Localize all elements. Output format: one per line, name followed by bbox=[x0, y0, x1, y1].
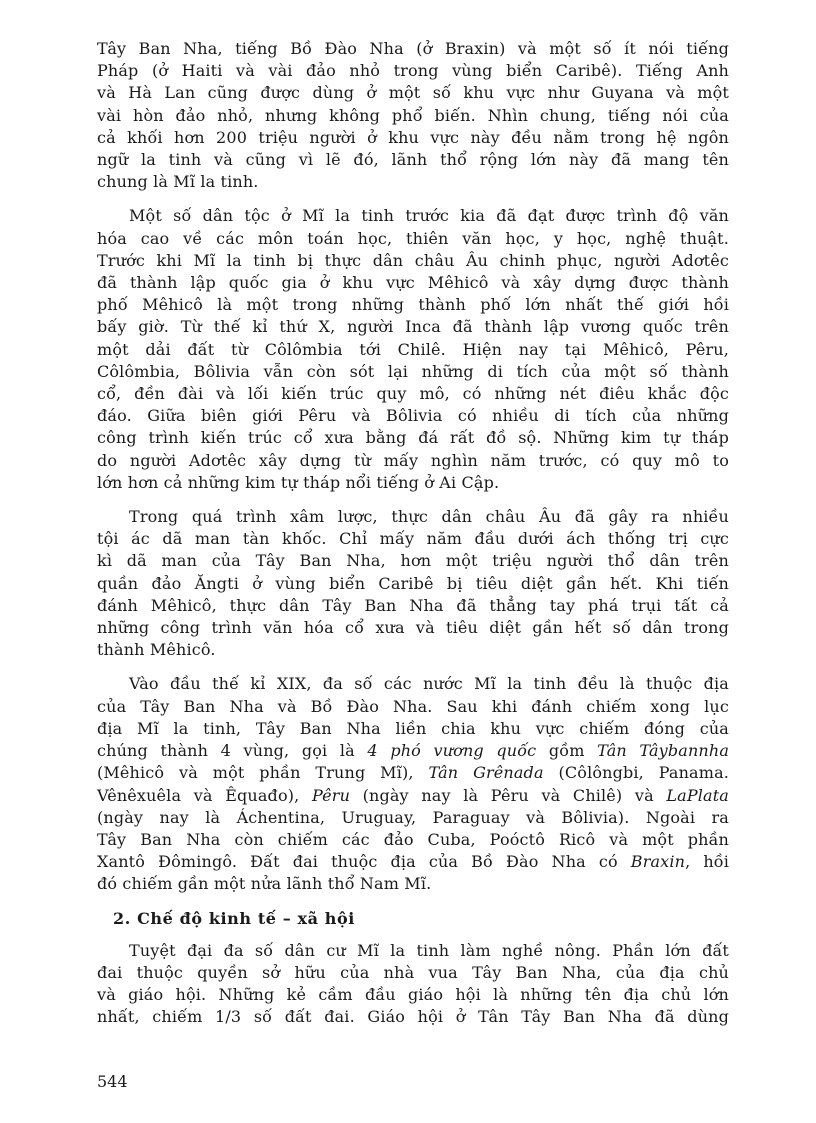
italic-term: Braxin bbox=[631, 852, 685, 871]
paragraph-viceroyalties: Vào đầu thế kỉ XIX, đa số các nước Mĩ la… bbox=[97, 673, 729, 895]
text-line: và Hà Lan cũng được dùng ở một số khu vự… bbox=[97, 82, 729, 104]
paragraph-languages: Tây Ban Nha, tiếng Bồ Đào Nha (ở Braxin)… bbox=[97, 38, 729, 193]
text-line: thành Mêhicô. bbox=[97, 639, 729, 661]
text-line: (Mêhicô và một phần Trung Mĩ), Tân Grêna… bbox=[97, 762, 729, 784]
text-segment: (Mêhicô và một phần Trung Mĩ), bbox=[97, 763, 428, 782]
text-segment: Vào đầu thế kỉ XIX, đa số các nước Mĩ la… bbox=[129, 674, 729, 693]
text-segment: (Côlôngbi, Panama. bbox=[544, 763, 729, 782]
text-line: cả khối hơn 200 triệu người ở khu vực nà… bbox=[97, 127, 729, 149]
paragraph-colonial-atrocities: Trong quá trình xâm lược, thực dân châu … bbox=[97, 506, 729, 661]
text-segment: Tây Ban Nha còn chiếm các đảo Cuba, Poóc… bbox=[97, 830, 729, 849]
text-line: đánh Mêhicô, thực dân Tây Ban Nha đã thẳ… bbox=[97, 595, 729, 617]
text-line: Côlômbia, Bôlivia vẫn còn sót lại những … bbox=[97, 361, 729, 383]
text-line: và giáo hội. Những kẻ cầm đầu giáo hội l… bbox=[97, 984, 729, 1006]
text-line: vài hòn đảo nhỏ, nhưng không phổ biến. N… bbox=[97, 105, 729, 127]
text-segment: địa Mĩ la tinh, Tây Ban Nha liền chia kh… bbox=[97, 719, 729, 738]
text-line: do người Adơtêc xây dựng từ mấy nghìn nă… bbox=[97, 450, 729, 472]
text-line: nhất, chiếm 1/3 số đất đai. Giáo hội ở T… bbox=[97, 1006, 729, 1028]
italic-term: Tân Tâybannha bbox=[597, 741, 729, 760]
text-line: Vênêxuêla và Êquađo), Pêru (ngày nay là … bbox=[97, 785, 729, 807]
text-segment: Xantô Đômingô. Đất đai thuộc địa của Bồ … bbox=[97, 852, 631, 871]
text-line: Trước khi Mĩ la tinh bị thực dân châu Âu… bbox=[97, 250, 729, 272]
italic-term: 4 phó vương quốc bbox=[367, 741, 536, 760]
text-line: Tuyệt đại đa số dân cư Mĩ la tinh làm ng… bbox=[97, 940, 729, 962]
text-line: chúng thành 4 vùng, gọi là 4 phó vương q… bbox=[97, 740, 729, 762]
text-line: Tây Ban Nha, tiếng Bồ Đào Nha (ở Braxin)… bbox=[97, 38, 729, 60]
text-line: một dải đất từ Côlômbia tới Chilê. Hiện … bbox=[97, 339, 729, 361]
text-segment: (ngày nay là Pêru và Chilê) và bbox=[350, 786, 666, 805]
text-segment: , hồi bbox=[685, 852, 729, 871]
text-segment: gồm bbox=[536, 741, 597, 760]
text-line: ngữ la tinh và cũng vì lẽ đó, lãnh thổ r… bbox=[97, 149, 729, 171]
text-line: bấy giờ. Từ thế kỉ thứ X, người Inca đã … bbox=[97, 316, 729, 338]
text-line: đai thuộc quyền sở hữu của nhà vua Tây B… bbox=[97, 962, 729, 984]
text-line: hóa cao về các môn toán học, thiên văn h… bbox=[97, 228, 729, 250]
text-line: (ngày nay là Áchentina, Uruguay, Paragua… bbox=[97, 807, 729, 829]
text-line: chung là Mĩ la tinh. bbox=[97, 171, 729, 193]
text-line: kì dã man của Tây Ban Nha, hơn một triệu… bbox=[97, 550, 729, 572]
text-line: phố Mêhicô là một trong những thành phố … bbox=[97, 294, 729, 316]
text-line: địa Mĩ la tinh, Tây Ban Nha liền chia kh… bbox=[97, 718, 729, 740]
text-line: những công trình văn hóa cổ xưa và tiêu … bbox=[97, 617, 729, 639]
text-segment: đó chiếm gần một nửa lãnh thổ Nam Mĩ. bbox=[97, 874, 431, 893]
text-line: đáo. Giữa biên giới Pêru và Bôlivia có n… bbox=[97, 405, 729, 427]
text-line: cổ, đền đài và lối kiến trúc quy mô, có … bbox=[97, 383, 729, 405]
text-line: Vào đầu thế kỉ XIX, đa số các nước Mĩ la… bbox=[97, 673, 729, 695]
text-line: quần đảo Ăngti ở vùng biển Caribê bị tiê… bbox=[97, 573, 729, 595]
text-segment: của Tây Ban Nha và Bồ Đào Nha. Sau khi đ… bbox=[97, 697, 729, 716]
text-line: công trình kiến trúc cổ xưa bằng đá rất … bbox=[97, 427, 729, 449]
text-line: Xantô Đômingô. Đất đai thuộc địa của Bồ … bbox=[97, 851, 729, 873]
text-segment: (ngày nay là Áchentina, Uruguay, Paragua… bbox=[97, 808, 729, 827]
text-line: Trong quá trình xâm lược, thực dân châu … bbox=[97, 506, 729, 528]
italic-term: LaPlata bbox=[666, 786, 729, 805]
text-line: đó chiếm gần một nửa lãnh thổ Nam Mĩ. bbox=[97, 873, 729, 895]
text-line: Tây Ban Nha còn chiếm các đảo Cuba, Poóc… bbox=[97, 829, 729, 851]
text-line: đã thành lập quốc gia ở khu vực Mêhicô v… bbox=[97, 272, 729, 294]
paragraph-ancient-civilizations: Một số dân tộc ở Mĩ la tinh trước kia đã… bbox=[97, 205, 729, 494]
text-line: của Tây Ban Nha và Bồ Đào Nha. Sau khi đ… bbox=[97, 696, 729, 718]
text-segment: chúng thành 4 vùng, gọi là bbox=[97, 741, 367, 760]
text-line: Một số dân tộc ở Mĩ la tinh trước kia đã… bbox=[97, 205, 729, 227]
section-heading: 2. Chế độ kinh tế – xã hội bbox=[113, 908, 729, 930]
text-line: tội ác dã man tàn khốc. Chỉ mấy năm đầu … bbox=[97, 528, 729, 550]
paragraph-economy: Tuyệt đại đa số dân cư Mĩ la tinh làm ng… bbox=[97, 940, 729, 1029]
document-page: Tây Ban Nha, tiếng Bồ Đào Nha (ở Braxin)… bbox=[97, 38, 729, 1041]
text-segment: Vênêxuêla và Êquađo), bbox=[97, 786, 312, 805]
text-line: Pháp (ở Haiti và vài đảo nhỏ trong vùng … bbox=[97, 60, 729, 82]
italic-term: Pêru bbox=[312, 786, 350, 805]
text-line: lớn hơn cả những kim tự tháp nổi tiếng ở… bbox=[97, 472, 729, 494]
italic-term: Tân Grênada bbox=[428, 763, 543, 782]
page-number: 544 bbox=[97, 1072, 128, 1091]
